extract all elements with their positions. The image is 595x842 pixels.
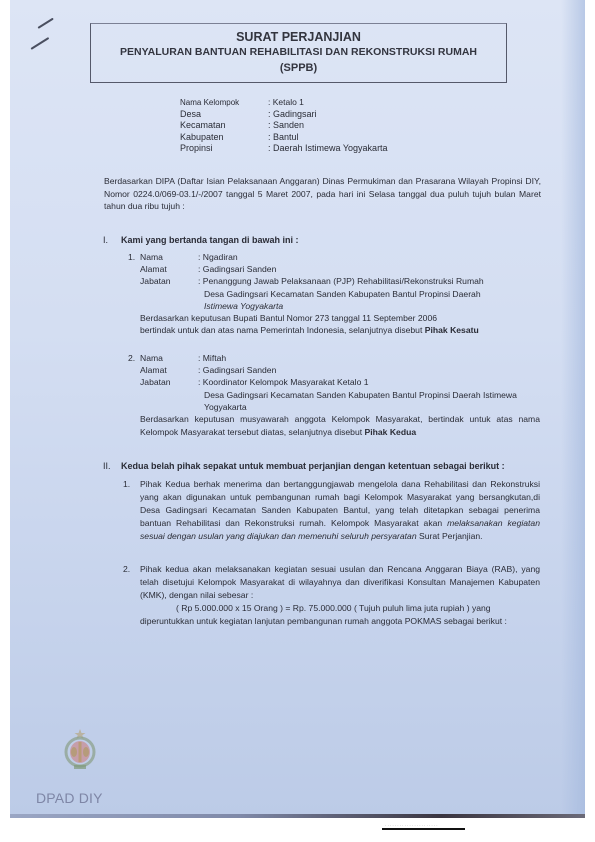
province-seal-icon bbox=[62, 728, 98, 774]
party-1-designation: Pihak Kesatu bbox=[425, 325, 479, 335]
title-box: SURAT PERJANJIAN PENYALURAN BANTUAN REHA… bbox=[90, 23, 507, 83]
section-2-item-1: 1.Pihak Kedua berhak menerima dan bertan… bbox=[140, 478, 540, 543]
group-info-row: Kecamatan: Sanden bbox=[180, 120, 388, 132]
group-info-row: Propinsi: Daerah Istimewa Yogyakarta bbox=[180, 143, 388, 155]
group-info-row: Nama Kelompok: Ketalo 1 bbox=[180, 97, 388, 109]
document-subtitle: PENYALURAN BANTUAN REHABILITASI DAN REKO… bbox=[91, 46, 506, 58]
group-info-row: Kabupaten: Bantul bbox=[180, 132, 388, 144]
page-edge-shadow bbox=[10, 814, 585, 818]
group-info: Nama Kelompok: Ketalo 1 Desa: Gadingsari… bbox=[180, 97, 388, 155]
footer-line bbox=[382, 828, 465, 830]
intro-paragraph: Berdasarkan DIPA (Daftar Isian Pelaksana… bbox=[104, 175, 541, 213]
party-2-name: : Miftah bbox=[198, 353, 226, 363]
pen-mark-2 bbox=[30, 37, 49, 50]
watermark: DPAD DIY bbox=[36, 790, 103, 806]
party-2: 2.Nama: Miftah Alamat: Gadingsari Sanden… bbox=[128, 352, 540, 438]
amount-line: ( Rp 5.000.000 x 15 Orang ) = Rp. 75.000… bbox=[140, 602, 540, 615]
document-abbreviation: (SPPB) bbox=[91, 62, 506, 74]
party-1: 1.Nama: Ngadiran Alamat: Gadingsari Sand… bbox=[128, 251, 538, 336]
section-2-heading: II.Kedua belah pihak sepakat untuk membu… bbox=[103, 461, 505, 471]
document-title: SURAT PERJANJIAN bbox=[91, 30, 506, 44]
section-2-item-2: 2.Pihak kedua akan melaksanakan kegiatan… bbox=[140, 563, 540, 628]
section-1-heading: I.Kami yang bertanda tangan di bawah ini… bbox=[103, 235, 299, 245]
scanned-page: SURAT PERJANJIAN PENYALURAN BANTUAN REHA… bbox=[10, 0, 585, 818]
group-info-row: Desa: Gadingsari bbox=[180, 109, 388, 121]
party-2-designation: Pihak Kedua bbox=[365, 427, 417, 437]
party-1-name: : Ngadiran bbox=[198, 252, 238, 262]
pen-mark-1 bbox=[37, 18, 53, 29]
